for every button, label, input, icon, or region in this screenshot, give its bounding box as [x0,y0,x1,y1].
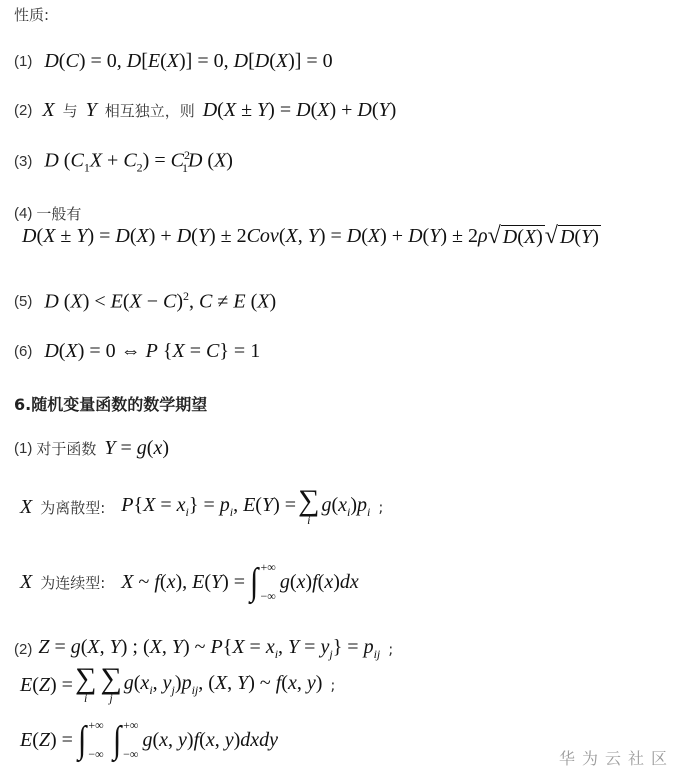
formula-y-gx: Y = g(x) [104,437,169,460]
formula-continuous: X ~ f(x), E(Y) = [121,571,245,594]
property-4: (4) 一般有 [14,203,81,224]
formula-discrete: P{X = xi} = pi, E(Y) = [121,494,296,520]
formula-p1: D(C) = 0, D[E(X)] = 0, D[D(X)] = 0 [44,50,332,73]
integral-symbol: ∫+∞−∞ [249,560,276,604]
property-1: (1) D(C) = 0, D[E(X)] = 0, D[D(X)] = 0 [14,50,333,73]
section-title: 6.随机变量函数的数学期望 [14,392,207,415]
property-2: (2) X 与 Y 相互独立，则 D(X ± Y) = D(X) + D(Y) [14,99,396,122]
section-item-1: (1) 对于函数 Y = g(x) [14,437,169,460]
watermark: 华为云社区 [559,746,674,769]
formula-p5: D (X) < E(X − C)2, C ≠ E (X) [44,289,276,314]
continuous-case: X 为连续型: X ~ f(x), E(Y) = ∫+∞−∞ g(x)f(x)d… [20,560,359,604]
formula-s2-line3: E(Z) = ∫+∞−∞ ∫+∞−∞ g(x, y)f(x, y)dxdy [20,718,278,762]
discrete-case: X 为离散型: P{X = xi} = pi, E(Y) = ∑i g(xi)p… [20,488,383,526]
section-item-2: (2) Z = g(X, Y) ; (X, Y) ~ P{X = xi, Y =… [14,636,393,662]
sum-symbol: ∑i [298,488,319,526]
properties-heading: 性质: [14,4,49,25]
property-6: (6) D(X) = 0 ⇔ P {X = C} = 1 [14,340,260,363]
formula-p6: D(X) = 0 ⇔ P {X = C} = 1 [44,340,260,363]
formula-p4: D(X ± Y) = D(X) + D(Y) ± 2Cov(X, Y) = D(… [22,224,601,248]
formula-p3: D (C1X + C2) = C21D (X) [44,148,233,176]
sqrt-dy: √D(Y) [545,224,601,248]
property-3: (3) D (C1X + C2) = C21D (X) [14,148,233,176]
property-5: (5) D (X) < E(X − C)2, C ≠ E (X) [14,289,276,314]
formula-p2: D(X ± Y) = D(X) + D(Y) [203,99,397,122]
formula-s2: Z = g(X, Y) ; (X, Y) ~ P{X = xi, Y = yj}… [38,636,380,662]
sqrt-dx: √D(X) [488,224,545,248]
formula-s2-line2: E(Z) = ∑i ∑j g(xi, yj)pij, (X, Y) ~ f(x,… [20,666,335,704]
